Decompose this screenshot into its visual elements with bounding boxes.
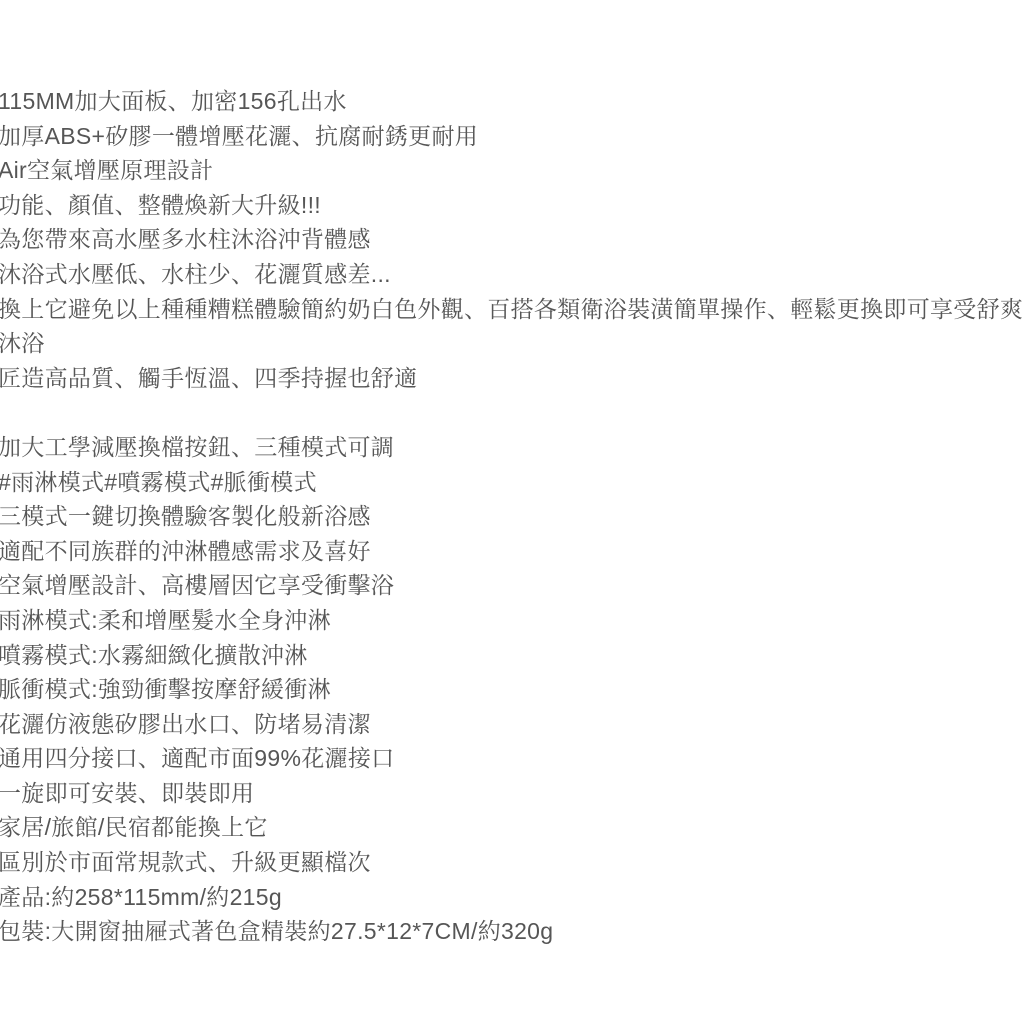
- text-line: 產品:約258*115mm/約215g: [0, 880, 1023, 915]
- text-line: 功能、顏值、整體煥新大升級!!!: [0, 188, 1023, 223]
- text-line: 適配不同族群的沖淋體感需求及喜好: [0, 534, 1023, 569]
- text-line: 空氣增壓設計、高樓層因它享受衝擊浴: [0, 568, 1023, 603]
- text-line: 換上它避免以上種種糟糕體驗簡約奶白色外觀、百搭各類衛浴裝潢簡單操作、輕鬆更換即可…: [0, 292, 1023, 327]
- text-line: 加厚ABS+矽膠一體增壓花灑、抗腐耐銹更耐用: [0, 119, 1023, 154]
- document-body: 115MM加大面板、加密156孔出水加厚ABS+矽膠一體增壓花灑、抗腐耐銹更耐用…: [0, 84, 1023, 949]
- text-line: 一旋即可安裝、即裝即用: [0, 776, 1023, 811]
- text-line: 通用四分接口、適配市面99%花灑接口: [0, 741, 1023, 776]
- text-line: 花灑仿液態矽膠出水口、防堵易清潔: [0, 707, 1023, 742]
- text-line: 家居/旅館/民宿都能換上它: [0, 810, 1023, 845]
- text-line: 區別於市面常規款式、升級更顯檔次: [0, 845, 1023, 880]
- text-line: 脈衝模式:強勁衝擊按摩舒緩衝淋: [0, 672, 1023, 707]
- product-description-page: 115MM加大面板、加密156孔出水加厚ABS+矽膠一體增壓花灑、抗腐耐銹更耐用…: [0, 0, 1024, 1024]
- text-line: 噴霧模式:水霧細緻化擴散沖淋: [0, 638, 1023, 673]
- text-line: #雨淋模式#噴霧模式#脈衝模式: [0, 465, 1023, 500]
- text-line: 加大工學減壓換檔按鈕、三種模式可調: [0, 430, 1023, 465]
- text-line: 包裝:大開窗抽屜式著色盒精裝約27.5*12*7CM/約320g: [0, 914, 1023, 949]
- text-line: Air空氣增壓原理設計: [0, 153, 1023, 188]
- text-line: 匠造高品質、觸手恆溫、四季持握也舒適: [0, 361, 1023, 396]
- text-line: 沐浴: [0, 326, 1023, 361]
- text-line: 三模式一鍵切換體驗客製化般新浴感: [0, 499, 1023, 534]
- text-line: 沐浴式水壓低、水柱少、花灑質感差...: [0, 257, 1023, 292]
- text-line: 為您帶來高水壓多水柱沐浴沖背體感: [0, 222, 1023, 257]
- text-line: 雨淋模式:柔和增壓髮水全身沖淋: [0, 603, 1023, 638]
- blank-line: [0, 395, 1023, 430]
- text-line: 115MM加大面板、加密156孔出水: [0, 84, 1023, 119]
